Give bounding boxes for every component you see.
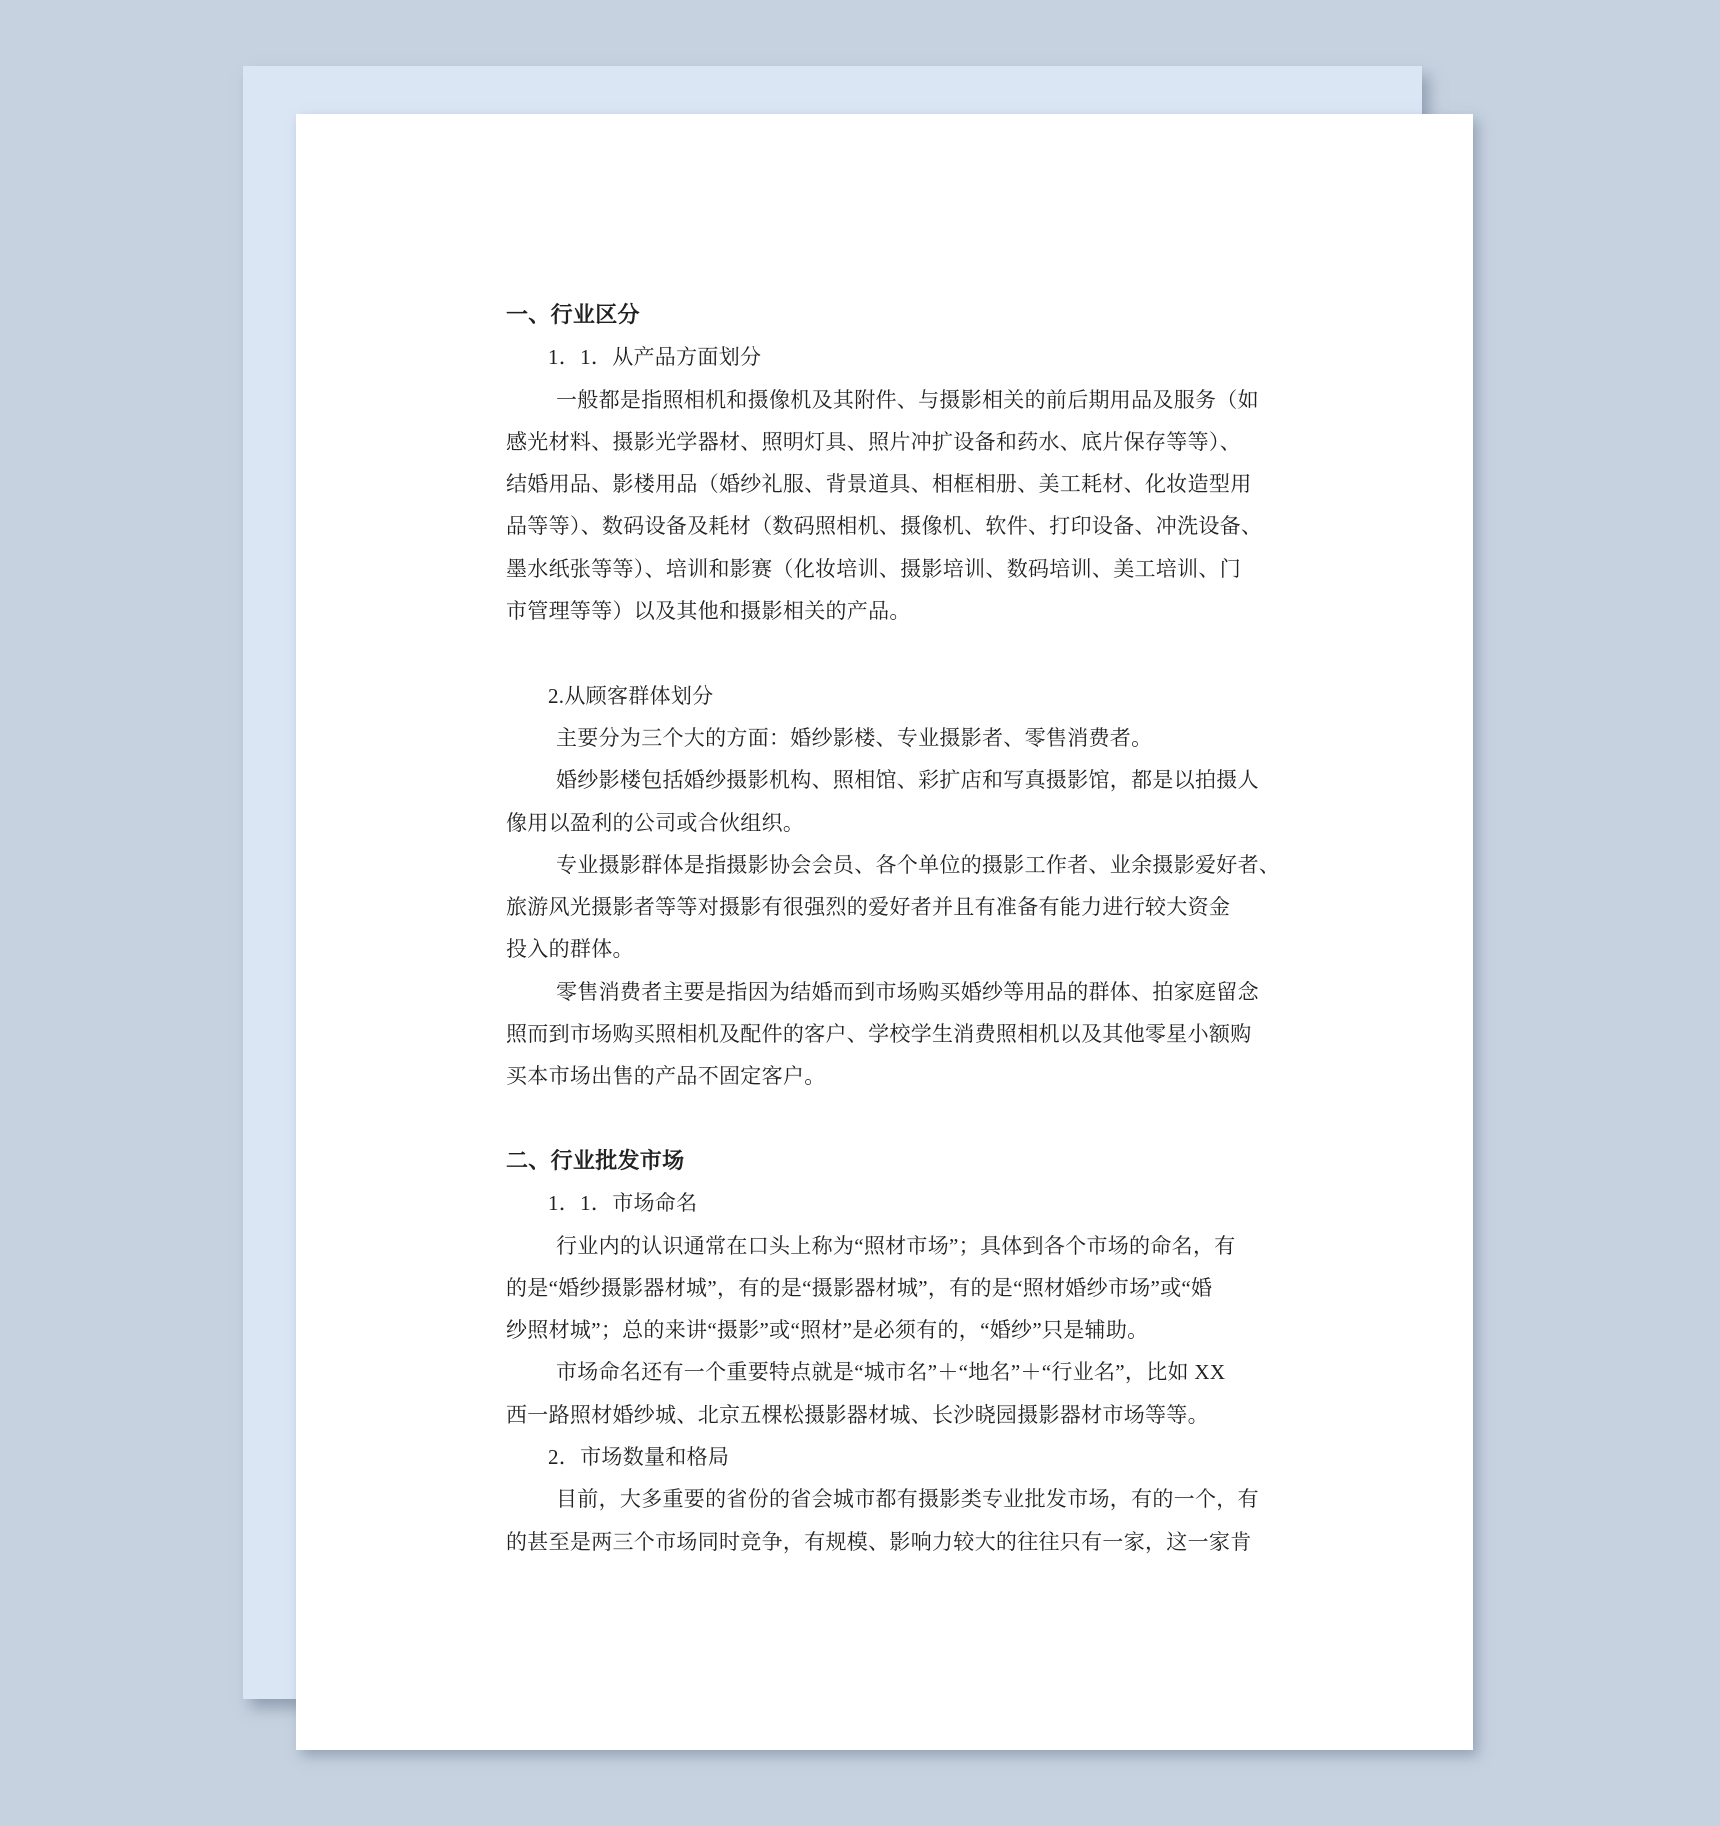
- document-text-line: 旅游风光摄影者等等对摄影有很强烈的爱好者并且有准备有能力进行较大资金: [506, 886, 1255, 928]
- document-text-line: 主要分为三个大的方面：婚纱影楼、专业摄影者、零售消费者。: [506, 717, 1255, 759]
- blank-line: [506, 632, 1255, 674]
- document-text-line: 买本市场出售的产品不固定客户。: [506, 1055, 1255, 1097]
- document-text-line: 1．1．市场命名: [506, 1182, 1255, 1224]
- document-text-line: 一般都是指照相机和摄像机及其附件、与摄影相关的前后期用品及服务（如: [506, 379, 1255, 421]
- document-text-line: 市场命名还有一个重要特点就是“城市名”＋“地名”＋“行业名”，比如 XX: [506, 1351, 1255, 1393]
- document-text-line: 二、行业批发市场: [506, 1140, 1255, 1182]
- document-text-line: 结婚用品、影楼用品（婚纱礼服、背景道具、相框相册、美工耗材、化妆造型用: [506, 463, 1255, 505]
- document-text-line: 西一路照材婚纱城、北京五棵松摄影器材城、长沙晓园摄影器材市场等等。: [506, 1394, 1255, 1436]
- document-text-line: 市管理等等）以及其他和摄影相关的产品。: [506, 590, 1255, 632]
- document-text-line: 1．1．从产品方面划分: [506, 336, 1255, 378]
- document-text-line: 像用以盈利的公司或合伙组织。: [506, 802, 1255, 844]
- document-text-line: 2.从顾客群体划分: [506, 675, 1255, 717]
- document-text-line: 感光材料、摄影光学器材、照明灯具、照片冲扩设备和药水、底片保存等等）、: [506, 421, 1255, 463]
- document-text-line: 婚纱影楼包括婚纱摄影机构、照相馆、彩扩店和写真摄影馆，都是以拍摄人: [506, 759, 1255, 801]
- document-text-line: 专业摄影群体是指摄影协会会员、各个单位的摄影工作者、业余摄影爱好者、: [506, 844, 1255, 886]
- document-text-line: 纱照材城”；总的来讲“摄影”或“照材”是必须有的，“婚纱”只是辅助。: [506, 1309, 1255, 1351]
- document-text-line: 的是“婚纱摄影器材城”，有的是“摄影器材城”，有的是“照材婚纱市场”或“婚: [506, 1267, 1255, 1309]
- document-text-line: 行业内的认识通常在口头上称为“照材市场”；具体到各个市场的命名，有: [506, 1225, 1255, 1267]
- document-page: 一、行业区分1．1．从产品方面划分一般都是指照相机和摄像机及其附件、与摄影相关的…: [296, 114, 1473, 1750]
- document-text-line: 目前，大多重要的省份的省会城市都有摄影类专业批发市场，有的一个，有: [506, 1478, 1255, 1520]
- document-text-line: 2．市场数量和格局: [506, 1436, 1255, 1478]
- document-text-line: 的甚至是两三个市场同时竞争，有规模、影响力较大的往往只有一家，这一家肯: [506, 1521, 1255, 1563]
- document-text-line: 照而到市场购买照相机及配件的客户、学校学生消费照相机以及其他零星小额购: [506, 1013, 1255, 1055]
- document-text-line: 零售消费者主要是指因为结婚而到市场购买婚纱等用品的群体、拍家庭留念: [506, 971, 1255, 1013]
- desktop-background: 一、行业区分1．1．从产品方面划分一般都是指照相机和摄像机及其附件、与摄影相关的…: [0, 0, 1720, 1826]
- blank-line: [506, 1098, 1255, 1140]
- document-text-line: 品等等）、数码设备及耗材（数码照相机、摄像机、软件、打印设备、冲洗设备、: [506, 505, 1255, 547]
- document-lines: 一、行业区分1．1．从产品方面划分一般都是指照相机和摄像机及其附件、与摄影相关的…: [506, 294, 1255, 1563]
- document-text-line: 墨水纸张等等）、培训和影赛（化妆培训、摄影培训、数码培训、美工培训、门: [506, 548, 1255, 590]
- document-text-line: 一、行业区分: [506, 294, 1255, 336]
- document-text-line: 投入的群体。: [506, 928, 1255, 970]
